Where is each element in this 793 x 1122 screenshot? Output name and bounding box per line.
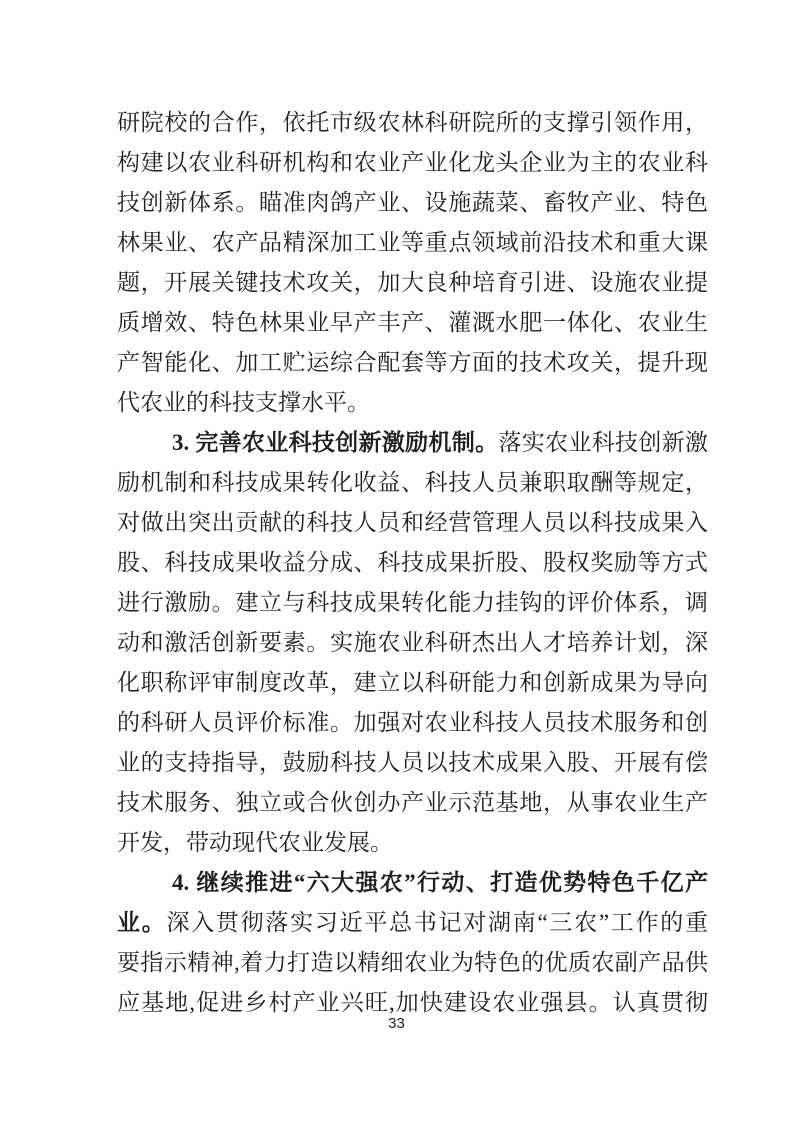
text-run: 化职称评审制度改革，建立以科研能力和创新成果为导向 xyxy=(117,670,708,695)
text-line: 代农业的科技支撑水平。 xyxy=(117,383,708,423)
bold-run: 4. 继续推进“六大强农”行动、打造优势特色千亿产 xyxy=(172,870,708,895)
text-run: 励机制和科技成果转化收益、科技人员兼职取酬等规定， xyxy=(117,470,708,495)
text-run: 的科研人员评价标准。加强对农业科技人员技术服务和创 xyxy=(117,710,708,735)
text-run: 林果业、农产品精深加工业等重点领域前沿技术和重大课 xyxy=(117,230,708,255)
text-line: 技术服务、独立或合伙创办产业示范基地，从事农业生产 xyxy=(117,783,708,823)
text-run: 进行激励。建立与科技成果转化能力挂钩的评价体系，调 xyxy=(117,590,708,615)
text-line: 的科研人员评价标准。加强对农业科技人员技术服务和创 xyxy=(117,703,708,743)
text-run: 对做出突出贡献的科技人员和经营管理人员以科技成果入 xyxy=(117,510,708,535)
text-run: 落实农业科技创新激 xyxy=(498,430,708,455)
text-line: 化职称评审制度改革，建立以科研能力和创新成果为导向 xyxy=(117,663,708,703)
text-run: 股、科技成果收益分成、科技成果折股、股权奖励等方式 xyxy=(117,550,708,575)
text-line: 股、科技成果收益分成、科技成果折股、股权奖励等方式 xyxy=(117,543,708,583)
section-heading-3-line: 3. 完善农业科技创新激励机制。落实农业科技创新激 xyxy=(117,423,708,463)
text-line: 开发，带动现代农业发展。 xyxy=(117,823,708,863)
text-run: 研院校的合作，依托市级农林科研院所的支撑引领作用， xyxy=(117,110,708,135)
section-heading-4-line: 4. 继续推进“六大强农”行动、打造优势特色千亿产 xyxy=(117,863,708,903)
text-run: 开发，带动现代农业发展。 xyxy=(117,830,393,855)
text-line: 进行激励。建立与科技成果转化能力挂钩的评价体系，调 xyxy=(117,583,708,623)
text-line: 研院校的合作，依托市级农林科研院所的支撑引领作用， xyxy=(117,103,708,143)
document-body: 研院校的合作，依托市级农林科研院所的支撑引领作用， 构建以农业科研机构和农业产业… xyxy=(117,103,708,1023)
text-line: 产智能化、加工贮运综合配套等方面的技术攻关，提升现 xyxy=(117,343,708,383)
bold-run: 业。 xyxy=(117,910,166,935)
text-run: 要指示精神,着力打造以精细农业为特色的优质农副产品供 xyxy=(117,950,708,975)
text-run: 构建以农业科研机构和农业产业化龙头企业为主的农业科 xyxy=(117,150,708,175)
bold-run: 3. 完善农业科技创新激励机制。 xyxy=(172,430,498,455)
text-line: 励机制和科技成果转化收益、科技人员兼职取酬等规定， xyxy=(117,463,708,503)
text-line: 林果业、农产品精深加工业等重点领域前沿技术和重大课 xyxy=(117,223,708,263)
text-line: 要指示精神,着力打造以精细农业为特色的优质农副产品供 xyxy=(117,943,708,983)
text-line: 业。深入贯彻落实习近平总书记对湖南“三农”工作的重 xyxy=(117,903,708,943)
text-run: 动和激活创新要素。实施农业科研杰出人才培养计划，深 xyxy=(117,630,708,655)
text-run: 业的支持指导，鼓励科技人员以技术成果入股、开展有偿 xyxy=(117,750,708,775)
document-page: 研院校的合作，依托市级农林科研院所的支撑引领作用， 构建以农业科研机构和农业产业… xyxy=(0,0,793,1122)
text-line: 动和激活创新要素。实施农业科研杰出人才培养计划，深 xyxy=(117,623,708,663)
text-run: 技术服务、独立或合伙创办产业示范基地，从事农业生产 xyxy=(117,790,708,815)
text-run: 题，开展关键技术攻关，加大良种培育引进、设施农业提 xyxy=(117,270,708,295)
text-line: 题，开展关键技术攻关，加大良种培育引进、设施农业提 xyxy=(117,263,708,303)
text-run: 质增效、特色林果业早产丰产、灌溉水肥一体化、农业生 xyxy=(117,310,708,335)
text-run: 产智能化、加工贮运综合配套等方面的技术攻关，提升现 xyxy=(117,350,708,375)
page-number: 33 xyxy=(0,1013,793,1035)
text-line: 对做出突出贡献的科技人员和经营管理人员以科技成果入 xyxy=(117,503,708,543)
text-line: 构建以农业科研机构和农业产业化龙头企业为主的农业科 xyxy=(117,143,708,183)
text-line: 技创新体系。瞄准肉鸽产业、设施蔬菜、畜牧产业、特色 xyxy=(117,183,708,223)
text-run: 代农业的科技支撑水平。 xyxy=(117,390,370,415)
text-line: 质增效、特色林果业早产丰产、灌溉水肥一体化、农业生 xyxy=(117,303,708,343)
text-run: 技创新体系。瞄准肉鸽产业、设施蔬菜、畜牧产业、特色 xyxy=(117,190,708,215)
text-line: 业的支持指导，鼓励科技人员以技术成果入股、开展有偿 xyxy=(117,743,708,783)
text-run: 深入贯彻落实习近平总书记对湖南“三农”工作的重 xyxy=(166,910,708,935)
text-run: 应基地,促进乡村产业兴旺,加快建设农业强县。认真贯彻 xyxy=(117,990,708,1015)
